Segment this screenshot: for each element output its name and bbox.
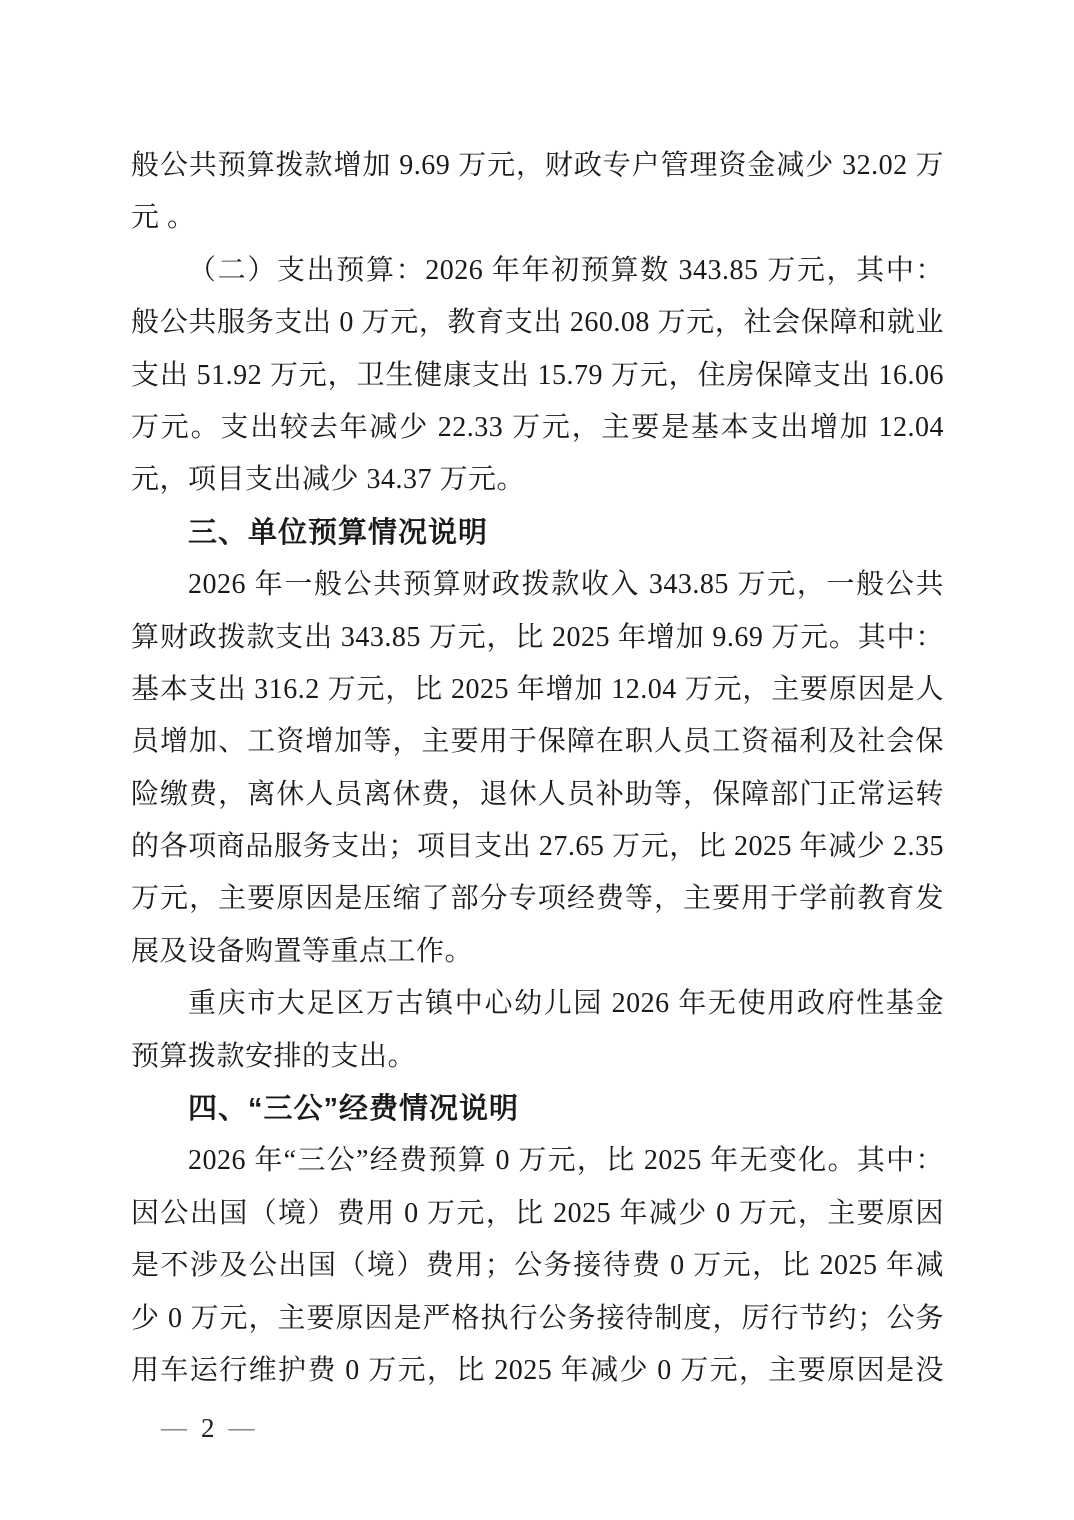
text-line: 元，项目支出减少 34.37 万元。 [131,454,944,506]
text-line: 展及设备购置等重点工作。 [131,926,944,978]
text-line: 2026 年“三公”经费预算 0 万元，比 2025 年无变化。其中： [131,1135,944,1187]
footer-right-dash: — [229,1413,255,1443]
text-line-expense-budget-start: （二）支出预算：2026 年年初预算数 343.85 万元，其中：一 [131,245,944,297]
text-line: 支出 51.92 万元，卫生健康支出 15.79 万元，住房保障支出 16.06 [131,350,944,402]
text-line: 用车运行维护费 0 万元，比 2025 年减少 0 万元，主要原因是没 [131,1345,944,1397]
text-line: 基本支出 316.2 万元，比 2025 年增加 12.04 万元，主要原因是人 [131,664,944,716]
text-line: 般公共预算拨款增加 9.69 万元，财政专户管理资金减少 32.02 万 [131,140,944,192]
page-footer: — 2 — [161,1407,255,1449]
text-line: 少 0 万元，主要原因是严格执行公务接待制度，厉行节约；公务 [131,1293,944,1345]
text-line: 险缴费，离休人员离休费，退休人员补助等，保障部门正常运转 [131,769,944,821]
document-page: 般公共预算拨款增加 9.69 万元，财政专户管理资金减少 32.02 万 元 。… [0,0,1074,1520]
text-line: 元 。 [131,192,944,244]
page-number: 2 [201,1413,215,1444]
text-line: 预算拨款安排的支出。 [131,1031,944,1083]
text-line: 万元，主要原因是压缩了部分专项经费等，主要用于学前教育发 [131,873,944,925]
section-heading-sangong-expense: 四、“三公”经费情况说明 [131,1083,944,1135]
document-body: 般公共预算拨款增加 9.69 万元，财政专户管理资金减少 32.02 万 元 。… [131,140,944,1397]
footer-left-dash: — [161,1413,187,1443]
text-line: 万元。支出较去年减少 22.33 万元，主要是基本支出增加 12.04 万 [131,402,944,454]
text-line-no-gov-fund: 重庆市大足区万古镇中心幼儿园 2026 年无使用政府性基金 [131,978,944,1030]
text-line: 般公共服务支出 0 万元，教育支出 260.08 万元，社会保障和就业 [131,297,944,349]
text-line: 是不涉及公出国（境）费用；公务接待费 0 万元，比 2025 年减 [131,1240,944,1292]
text-line: 因公出国（境）费用 0 万元，比 2025 年减少 0 万元，主要原因 [131,1188,944,1240]
text-line: 员增加、工资增加等，主要用于保障在职人员工资福利及社会保 [131,716,944,768]
section-heading-unit-budget: 三、单位预算情况说明 [131,507,944,559]
text-line: 算财政拨款支出 343.85 万元，比 2025 年增加 9.69 万元。其中： [131,612,944,664]
text-line: 2026 年一般公共预算财政拨款收入 343.85 万元，一般公共预 [131,559,944,611]
text-line: 的各项商品服务支出；项目支出 27.65 万元，比 2025 年减少 2.35 [131,821,944,873]
